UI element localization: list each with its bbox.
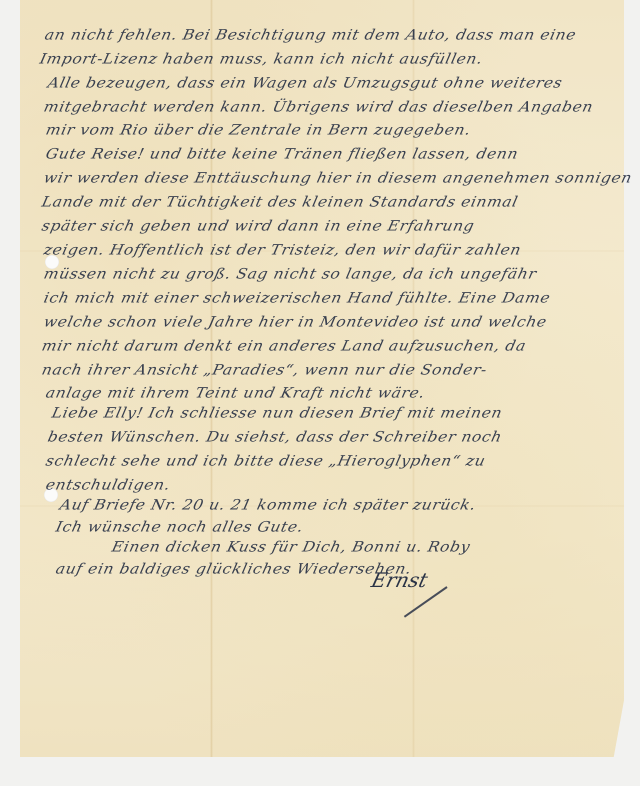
letter-line: Ich wünsche noch alles Gute. xyxy=(54,519,305,536)
letter-line: auf ein baldiges glückliches Wiedersehen… xyxy=(54,561,413,578)
letter-line: ich mich mit einer schweizerischen Hand … xyxy=(42,290,552,307)
scan-background: an nicht fehlen. Bei Besichtigung mit de… xyxy=(0,0,640,786)
letter-line: mitgebracht werden kann. Übrigens wird d… xyxy=(42,99,595,116)
letter-line: wir werden diese Enttäuschung hier in di… xyxy=(42,170,634,187)
letter-line: Alle bezeugen, dass ein Wagen als Umzugs… xyxy=(46,75,564,92)
letter-line: Einen dicken Kuss für Dich, Bonni u. Rob… xyxy=(110,539,472,556)
letter-line: Auf Briefe Nr. 20 u. 21 komme ich später… xyxy=(58,497,477,514)
letter-line: schlecht sehe und ich bitte diese „Hiero… xyxy=(44,453,487,470)
letter-line: Lande mit der Tüchtigkeit des kleinen St… xyxy=(40,194,519,211)
letter-line: mir vom Rio über die Zentrale in Bern zu… xyxy=(44,122,472,139)
letter-line: mir nicht darum denkt ein anderes Land a… xyxy=(40,338,528,355)
letter-line: anlage mit ihrem Teint und Kraft nicht w… xyxy=(44,385,426,402)
letter-line: welche schon viele Jahre hier in Montevi… xyxy=(42,314,548,331)
letter-line: zeigen. Hoffentlich ist der Tristeiz, de… xyxy=(42,242,523,259)
letter-line: Gute Reise! und bitte keine Tränen fließ… xyxy=(44,146,520,163)
letter-line: müssen nicht zu groß. Sag nicht so lange… xyxy=(42,266,538,283)
letter-line: Liebe Elly! Ich schliesse nun diesen Bri… xyxy=(50,405,504,422)
letter-line: entschuldigen. xyxy=(44,477,172,494)
letter-line: später sich geben und wird dann in eine … xyxy=(40,218,476,235)
letter-line: Import-Lizenz haben muss, kann ich nicht… xyxy=(38,51,484,68)
letter-line: besten Wünschen. Du siehst, dass der Sch… xyxy=(46,429,503,446)
letter-line: an nicht fehlen. Bei Besichtigung mit de… xyxy=(43,27,578,44)
signature: Ernst xyxy=(369,568,430,592)
letter-line: nach ihrer Ansicht „Paradies“, wenn nur … xyxy=(40,362,488,379)
